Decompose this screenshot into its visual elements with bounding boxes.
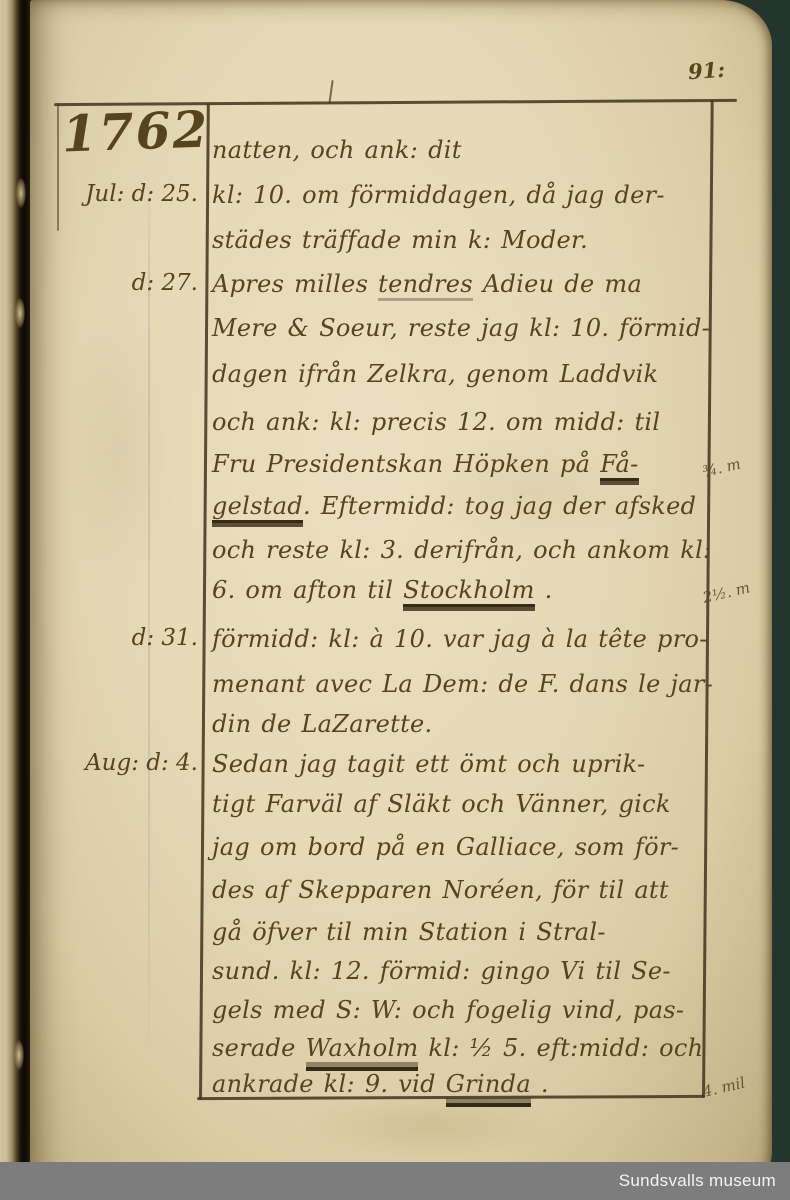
- binding-stitch: [16, 178, 26, 208]
- manuscript-line: Mere & Soeur, reste jag kl: 10. förmid-: [212, 314, 710, 342]
- margin-date: Aug: d: 4.: [58, 750, 198, 776]
- manuscript-line: jag om bord på en Galliace, som för-: [212, 833, 679, 861]
- manuscript-line: din de LaZarette.: [212, 710, 432, 738]
- page-crease: [148, 175, 150, 1070]
- diary-photo: 91: 1762 Jul: d: 25.d: 27.d: 31.Aug: d: …: [0, 0, 790, 1200]
- margin-date: d: 31.: [58, 625, 198, 651]
- manuscript-line: 6. om afton til Stockholm .: [212, 576, 553, 604]
- manuscript-line: sund. kl: 12. förmid: gingo Vi til Se-: [212, 957, 671, 985]
- museum-credit: Sundsvalls museum: [619, 1171, 776, 1191]
- manuscript-line: tigt Farväl af Släkt och Vänner, gick: [212, 790, 671, 818]
- manuscript-line: gelstad. Eftermidd: tog jag der afsked: [212, 492, 696, 520]
- manuscript-line: ankrade kl: 9. vid Grinda .: [212, 1070, 549, 1098]
- manuscript-line: städes träffade min k: Moder.: [212, 226, 588, 254]
- page-number: 91:: [687, 57, 726, 85]
- manuscript-line: Apres milles tendres Adieu de ma: [212, 270, 642, 298]
- manuscript-line: och reste kl: 3. derifrån, och ankom kl:: [212, 536, 711, 564]
- manuscript-line: Fru Presidentskan Höpken på Få-: [212, 450, 639, 478]
- binding-stitch: [15, 298, 25, 328]
- margin-date: Jul: d: 25.: [58, 181, 198, 207]
- manuscript-line: des af Skepparen Noréen, för til att: [212, 876, 669, 904]
- manuscript-line: gels med S: W: och fogelig vind, pas-: [212, 996, 684, 1024]
- manuscript-line: och ank: kl: precis 12. om midd: til: [212, 408, 660, 436]
- margin-date: d: 27.: [58, 270, 198, 296]
- manuscript-line: menant avec La Dem: de F. dans le jar-: [212, 670, 713, 698]
- manuscript-line: gå öfver til min Station i Stral-: [212, 918, 606, 946]
- manuscript-line: kl: 10. om förmiddagen, då jag der-: [212, 181, 665, 209]
- manuscript-line: natten, och ank: dit: [212, 136, 462, 164]
- caption-bar: Sundsvalls museum: [0, 1162, 790, 1200]
- frame-line-left: [57, 103, 59, 231]
- year-heading: 1762: [61, 99, 210, 163]
- manuscript-line: dagen ifrån Zelkra, genom Laddvik: [212, 360, 658, 388]
- manuscript-line: serade Waxholm kl: ½ 5. eft:midd: och: [212, 1034, 703, 1062]
- manuscript-line: Sedan jag tagit ett ömt och uprik-: [212, 750, 645, 778]
- binding-stitch: [14, 1040, 24, 1070]
- manuscript-line: förmidd: kl: à 10. var jag à la tête pro…: [212, 625, 708, 653]
